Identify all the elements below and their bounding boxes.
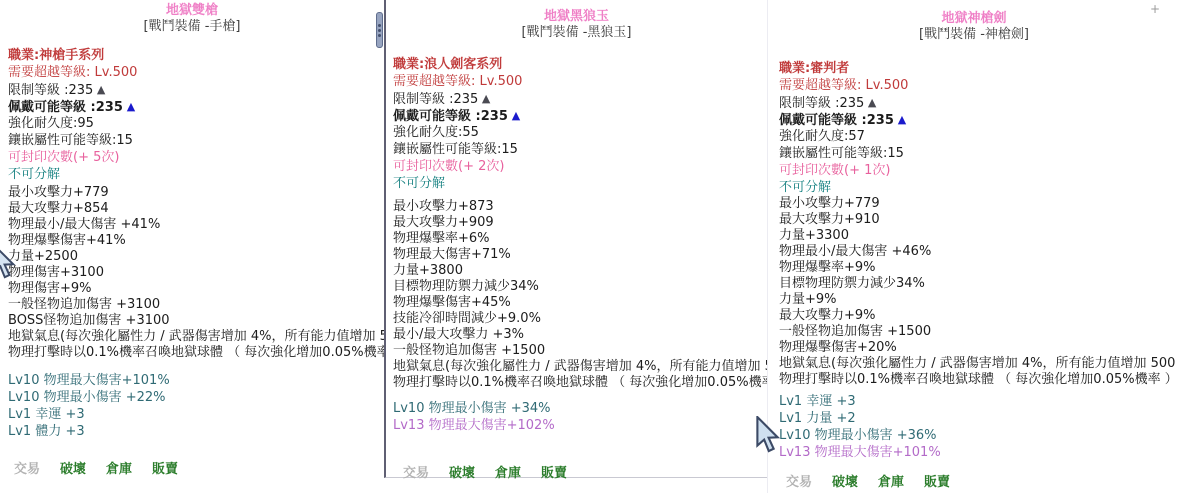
trade-button[interactable]: 交易 [14,458,40,477]
storage-button[interactable]: 倉庫 [878,471,904,490]
growth-line: Lv10 物理最小傷害 +36% [779,427,1180,444]
stat-line: 物理爆擊傷害+41% [8,233,384,249]
artifact-plus-icon: + [1150,2,1160,16]
info-text: 職業:神槍手系列 [8,48,104,63]
limit-level-triangle-icon: ▲ [864,96,876,109]
trade-button[interactable]: 交易 [786,471,812,490]
item-tooltip-panel-hell-gun-sword: 地獄神槍劍 [戰鬥裝備 -神槍劍] 職業:審判者需要超越等級: Lv.500限制… [767,0,1180,493]
stat-text: 地獄氣息(每次強化屬性力 / 武器傷害增加 4%，所有能力值增加 500 ) [393,359,799,374]
stat-line: 力量+9% [779,292,1180,308]
info-line: 不可分解 [8,166,384,183]
info-text: 可封印次數(+ 1次) [779,163,890,178]
item-info-section: 職業:審判者需要超越等級: Lv.500限制等級 :235 ▲佩戴可能等級 :2… [768,60,1180,196]
wearable-level-triangle-icon: ▲ [123,100,135,113]
stat-text: 最小攻擊力+779 [779,196,880,211]
item-title: 地獄雙槍 [0,3,384,19]
stat-line: 最小攻擊力+873 [393,199,767,215]
item-growth-section: Lv10 物理最小傷害 +34%Lv13 物理最大傷害+102% [386,400,767,434]
stat-text: 一般怪物追加傷害 +1500 [779,324,931,339]
growth-line: Lv10 物理最大傷害+101% [8,372,384,389]
stat-line: 地獄氣息(每次強化屬性力 / 武器傷害增加 4%，所有能力值增加 500 ) [8,329,384,345]
sell-button[interactable]: 販賣 [541,462,567,481]
stat-line: 物理最小/最大傷害 +41% [8,217,384,233]
stat-line: 物理爆擊率+9% [779,260,1180,276]
stat-text: 物理爆擊傷害+20% [779,340,897,355]
stat-text: 物理打擊時以0.1%機率召喚地獄球體 （ 每次強化增加0.05%機率 ） [8,345,407,360]
growth-line: Lv10 物理最小傷害 +34% [393,400,767,417]
limit-level-triangle-icon: ▲ [93,83,105,96]
stat-line: 力量+2500 [8,249,384,265]
growth-line: Lv10 物理最小傷害 +22% [8,389,384,406]
info-line: 鑲嵌屬性可能等級:15 [779,145,1180,162]
item-title: 地獄黑狼玉 [386,9,767,25]
stat-line: 地獄氣息(每次強化屬性力 / 武器傷害增加 4%，所有能力值增加 500 ) [393,359,767,375]
stat-text: 地獄氣息(每次強化屬性力 / 武器傷害增加 4%，所有能力值增加 500 ) [779,356,1180,371]
info-line: 佩戴可能等級 :235 ▲ [779,111,1180,128]
item-category: [戰鬥裝備 -手槍] [0,19,384,35]
growth-line: Lv1 體力 +3 [8,423,384,440]
sell-button[interactable]: 販賣 [924,471,950,490]
info-line: 職業:審判者 [779,60,1180,77]
stat-text: 物理爆擊傷害+41% [8,233,126,248]
info-line: 可封印次數(+ 1次) [779,162,1180,179]
info-text: 強化耐久度:55 [393,125,479,140]
trade-button[interactable]: 交易 [403,462,429,481]
growth-text: Lv10 物理最小傷害 +36% [779,428,937,443]
item-growth-section: Lv10 物理最大傷害+101%Lv10 物理最小傷害 +22%Lv1 幸運 +… [0,372,384,440]
growth-line: Lv1 力量 +2 [779,410,1180,427]
stat-line: 物理最大傷害+71% [393,247,767,263]
stat-line: 最大攻擊力+854 [8,201,384,217]
info-line: 職業:浪人劍客系列 [393,56,767,73]
stat-line: 一般怪物追加傷害 +1500 [393,343,767,359]
growth-text: Lv1 力量 +2 [779,411,856,426]
info-text: 鑲嵌屬性可能等級:15 [393,142,518,157]
destroy-button[interactable]: 破壞 [449,462,475,481]
stat-line: 最小攻擊力+779 [779,196,1180,212]
stat-text: 地獄氣息(每次強化屬性力 / 武器傷害增加 4%，所有能力值增加 500 ) [8,329,414,344]
item-action-buttons: 交易破壞倉庫販賣 [768,471,1180,490]
stat-line: 物理打擊時以0.1%機率召喚地獄球體 （ 每次強化增加0.05%機率 ） [779,372,1180,388]
item-info-section: 職業:浪人劍客系列需要超越等級: Lv.500限制等級 :235 ▲佩戴可能等級… [386,56,767,192]
storage-button[interactable]: 倉庫 [106,458,132,477]
game-tooltip-screen: 地獄雙槍 [戰鬥裝備 -手槍] 職業:神槍手系列需要超越等級: Lv.500限制… [0,0,1180,493]
destroy-button[interactable]: 破壞 [832,471,858,490]
info-line: 不可分解 [779,179,1180,196]
stat-line: 最小攻擊力+779 [8,185,384,201]
stat-line: 最小/最大攻擊力 +3% [393,327,767,343]
stat-text: 物理爆擊率+9% [779,260,876,275]
stat-line: 目標物理防禦力減少34% [779,276,1180,292]
item-stats-section: 最小攻擊力+779最大攻擊力+854物理最小/最大傷害 +41%物理爆擊傷害+4… [0,185,384,361]
info-line: 強化耐久度:55 [393,124,767,141]
info-line: 限制等級 :235 ▲ [393,90,767,107]
growth-line: Lv1 幸運 +3 [8,406,384,423]
stat-text: 力量+3800 [393,263,463,278]
stat-text: 最大攻擊力+910 [779,212,880,227]
stat-text: 力量+9% [779,292,837,307]
info-text: 限制等級 :235 [779,96,864,111]
growth-text: Lv13 物理最大傷害+101% [779,445,941,460]
storage-button[interactable]: 倉庫 [495,462,521,481]
stat-text: 最小/最大攻擊力 +3% [393,327,524,342]
scrollbar-grip-icon [378,24,381,27]
stat-line: 物理最小/最大傷害 +46% [779,244,1180,260]
stat-line: 物理爆擊傷害+45% [393,295,767,311]
stat-text: 物理爆擊率+6% [393,231,490,246]
info-line: 不可分解 [393,175,767,192]
item-action-buttons: 交易破壞倉庫販賣 [386,462,767,481]
info-text: 不可分解 [393,176,445,191]
scrollbar-thumb[interactable] [376,12,383,48]
info-text: 職業:浪人劍客系列 [393,57,502,72]
item-action-buttons: 交易破壞倉庫販賣 [0,458,384,477]
info-text: 鑲嵌屬性可能等級:15 [779,146,904,161]
stat-text: 最大攻擊力+9% [779,308,876,323]
info-line: 可封印次數(+ 5次) [8,149,384,166]
item-tooltip-panel-hell-dual-guns: 地獄雙槍 [戰鬥裝備 -手槍] 職業:神槍手系列需要超越等級: Lv.500限制… [0,0,384,493]
stat-line: 最大攻擊力+909 [393,215,767,231]
info-line: 限制等級 :235 ▲ [8,81,384,98]
sell-button[interactable]: 販賣 [152,458,178,477]
growth-text: Lv1 體力 +3 [8,424,85,439]
stat-text: 一般怪物追加傷害 +1500 [393,343,545,358]
info-text: 職業:審判者 [779,61,849,76]
stat-line: 力量+3800 [393,263,767,279]
growth-line: Lv13 物理最大傷害+102% [393,417,767,434]
info-text: 佩戴可能等級 :235 [779,113,894,128]
stat-line: 最大攻擊力+9% [779,308,1180,324]
info-text: 需要超越等級: Lv.500 [8,65,137,80]
growth-line: Lv1 幸運 +3 [779,393,1180,410]
item-tooltip-panel-hell-black-wolf-jade: 地獄黑狼玉 [戰鬥裝備 -黑狼玉] 職業:浪人劍客系列需要超越等級: Lv.50… [384,0,767,478]
wearable-level-triangle-icon: ▲ [508,109,520,122]
stat-text: 最大攻擊力+909 [393,215,494,230]
stat-line: 物理傷害+9% [8,281,384,297]
stat-text: 物理傷害+3100 [8,265,104,280]
info-text: 佩戴可能等級 :235 [8,100,123,115]
destroy-button[interactable]: 破壞 [60,458,86,477]
stat-text: 物理最大傷害+71% [393,247,511,262]
stat-text: 力量+3300 [779,228,849,243]
info-text: 強化耐久度:95 [8,116,94,131]
info-text: 不可分解 [8,167,60,182]
info-text: 可封印次數(+ 2次) [393,159,504,174]
stat-text: 物理最小/最大傷害 +46% [779,244,931,259]
stat-text: 目標物理防禦力減少34% [393,279,539,294]
info-line: 佩戴可能等級 :235 ▲ [393,107,767,124]
info-line: 職業:神槍手系列 [8,47,384,64]
growth-text: Lv10 物理最小傷害 +22% [8,390,166,405]
stat-text: 物理傷害+9% [8,281,92,296]
info-line: 佩戴可能等級 :235 ▲ [8,98,384,115]
stat-line: 最大攻擊力+910 [779,212,1180,228]
info-text: 強化耐久度:57 [779,129,865,144]
info-text: 限制等級 :235 [393,92,478,107]
info-line: 可封印次數(+ 2次) [393,158,767,175]
stat-text: 物理打擊時以0.1%機率召喚地獄球體 （ 每次強化增加0.05%機率 ） [779,372,1178,387]
stat-text: 目標物理防禦力減少34% [779,276,925,291]
stat-line: 物理打擊時以0.1%機率召喚地獄球體 （ 每次強化增加0.05%機率 ） [393,375,767,391]
item-category: [戰鬥裝備 -神槍劍] [768,27,1180,43]
growth-text: Lv10 物理最小傷害 +34% [393,401,551,416]
stat-line: 物理打擊時以0.1%機率召喚地獄球體 （ 每次強化增加0.05%機率 ） [8,345,384,361]
item-stats-section: 最小攻擊力+779最大攻擊力+910力量+3300物理最小/最大傷害 +46%物… [768,196,1180,388]
info-text: 佩戴可能等級 :235 [393,109,508,124]
growth-text: Lv10 物理最大傷害+101% [8,373,170,388]
info-text: 可封印次數(+ 5次) [8,150,119,165]
stat-line: BOSS怪物追加傷害 +3100 [8,313,384,329]
growth-text: Lv1 幸運 +3 [779,394,856,409]
growth-text: Lv1 幸運 +3 [8,407,85,422]
item-info-section: 職業:神槍手系列需要超越等級: Lv.500限制等級 :235 ▲佩戴可能等級 … [0,47,384,183]
stat-line: 力量+3300 [779,228,1180,244]
stat-text: 技能冷卻時間減少+9.0% [393,311,541,326]
stat-line: 一般怪物追加傷害 +1500 [779,324,1180,340]
stat-text: 力量+2500 [8,249,78,264]
info-line: 鑲嵌屬性可能等級:15 [8,132,384,149]
limit-level-triangle-icon: ▲ [478,92,490,105]
stat-text: 最小攻擊力+779 [8,185,109,200]
item-stats-section: 最小攻擊力+873最大攻擊力+909物理爆擊率+6%物理最大傷害+71%力量+3… [386,199,767,391]
info-line: 需要超越等級: Lv.500 [393,73,767,90]
info-line: 需要超越等級: Lv.500 [8,64,384,81]
stat-text: BOSS怪物追加傷害 +3100 [8,313,170,328]
item-title: 地獄神槍劍 [768,11,1180,27]
info-line: 強化耐久度:95 [8,115,384,132]
info-text: 不可分解 [779,180,831,195]
info-text: 限制等級 :235 [8,83,93,98]
growth-text: Lv13 物理最大傷害+102% [393,418,555,433]
info-line: 限制等級 :235 ▲ [779,94,1180,111]
growth-line: Lv13 物理最大傷害+101% [779,444,1180,461]
info-line: 需要超越等級: Lv.500 [779,77,1180,94]
stat-text: 物理打擊時以0.1%機率召喚地獄球體 （ 每次強化增加0.05%機率 ） [393,375,792,390]
stat-text: 一般怪物追加傷害 +3100 [8,297,160,312]
stat-line: 一般怪物追加傷害 +3100 [8,297,384,313]
info-text: 需要超越等級: Lv.500 [393,74,522,89]
stat-text: 物理最小/最大傷害 +41% [8,217,160,232]
info-line: 鑲嵌屬性可能等級:15 [393,141,767,158]
info-text: 需要超越等級: Lv.500 [779,78,908,93]
info-text: 鑲嵌屬性可能等級:15 [8,133,133,148]
stat-line: 技能冷卻時間減少+9.0% [393,311,767,327]
stat-line: 物理爆擊傷害+20% [779,340,1180,356]
stat-line: 地獄氣息(每次強化屬性力 / 武器傷害增加 4%，所有能力值增加 500 ) [779,356,1180,372]
item-category: [戰鬥裝備 -黑狼玉] [386,25,767,41]
wearable-level-triangle-icon: ▲ [894,113,906,126]
item-growth-section: Lv1 幸運 +3Lv1 力量 +2Lv10 物理最小傷害 +36%Lv13 物… [768,393,1180,461]
stat-line: 目標物理防禦力減少34% [393,279,767,295]
stat-text: 最小攻擊力+873 [393,199,494,214]
stat-text: 最大攻擊力+854 [8,201,109,216]
stat-line: 物理爆擊率+6% [393,231,767,247]
info-line: 強化耐久度:57 [779,128,1180,145]
stat-line: 物理傷害+3100 [8,265,384,281]
stat-text: 物理爆擊傷害+45% [393,295,511,310]
